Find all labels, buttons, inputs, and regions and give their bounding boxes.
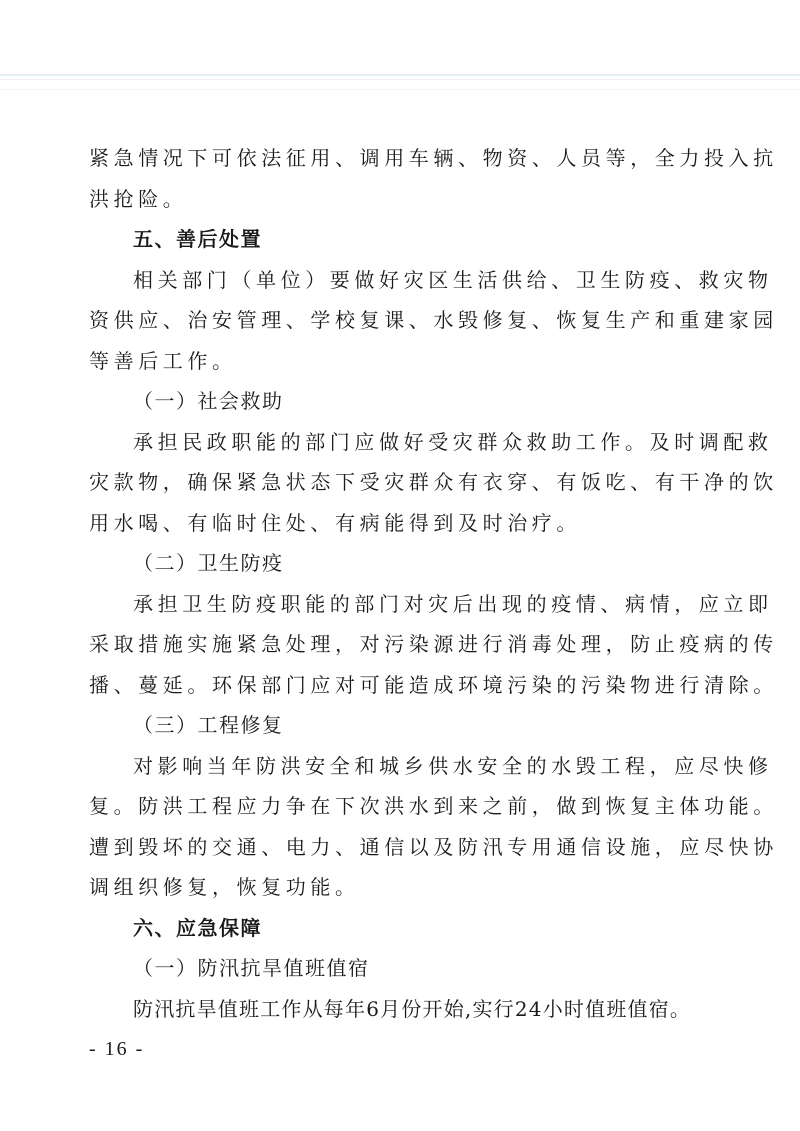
paragraph-line: 调组织修复，恢复功能。 bbox=[89, 867, 713, 908]
paragraph-line: 用水喝、有临时住处、有病能得到及时治疗。 bbox=[89, 503, 713, 544]
subsection-heading: （二）卫生防疫 bbox=[89, 543, 713, 584]
scan-artifact-line bbox=[0, 74, 800, 76]
document-body: 紧急情况下可依法征用、调用车辆、物资、人员等，全力投入抗 洪抢险。 五、善后处置… bbox=[89, 138, 713, 1029]
paragraph-line: 承担民政职能的部门应做好受灾群众救助工作。及时调配救 bbox=[89, 422, 713, 463]
scan-artifact-line bbox=[0, 79, 800, 80]
paragraph-line: 资供应、治安管理、学校复课、水毁修复、恢复生产和重建家园 bbox=[89, 300, 713, 341]
paragraph-line: 防汛抗旱值班工作从每年6月份开始,实行24小时值班值宿。 bbox=[89, 989, 713, 1030]
paragraph-line: 等善后工作。 bbox=[89, 341, 713, 382]
paragraph-line: 对影响当年防洪安全和城乡供水安全的水毁工程，应尽快修 bbox=[89, 746, 713, 787]
paragraph-line: 播、蔓延。环保部门应对可能造成环境污染的污染物进行清除。 bbox=[89, 665, 713, 706]
scan-artifact-line bbox=[0, 89, 800, 90]
subsection-heading: （三）工程修复 bbox=[89, 705, 713, 746]
paragraph-line: 采取措施实施紧急处理，对污染源进行消毒处理，防止疫病的传 bbox=[89, 624, 713, 665]
paragraph-line: 洪抢险。 bbox=[89, 179, 713, 220]
paragraph-line: 相关部门（单位）要做好灾区生活供给、卫生防疫、救灾物 bbox=[89, 260, 713, 301]
page-number: - 16 - bbox=[89, 1038, 144, 1061]
paragraph-line: 紧急情况下可依法征用、调用车辆、物资、人员等，全力投入抗 bbox=[89, 138, 713, 179]
section-heading: 五、善后处置 bbox=[89, 219, 713, 260]
paragraph-line: 灾款物，确保紧急状态下受灾群众有衣穿、有饭吃、有干净的饮 bbox=[89, 462, 713, 503]
subsection-heading: （一）防汛抗旱值班值宿 bbox=[89, 948, 713, 989]
paragraph-line: 复。防洪工程应力争在下次洪水到来之前，做到恢复主体功能。 bbox=[89, 786, 713, 827]
paragraph-line: 遭到毁坏的交通、电力、通信以及防汛专用通信设施，应尽快协 bbox=[89, 827, 713, 868]
section-heading: 六、应急保障 bbox=[89, 908, 713, 949]
subsection-heading: （一）社会救助 bbox=[89, 381, 713, 422]
paragraph-line: 承担卫生防疫职能的部门对灾后出现的疫情、病情，应立即 bbox=[89, 584, 713, 625]
